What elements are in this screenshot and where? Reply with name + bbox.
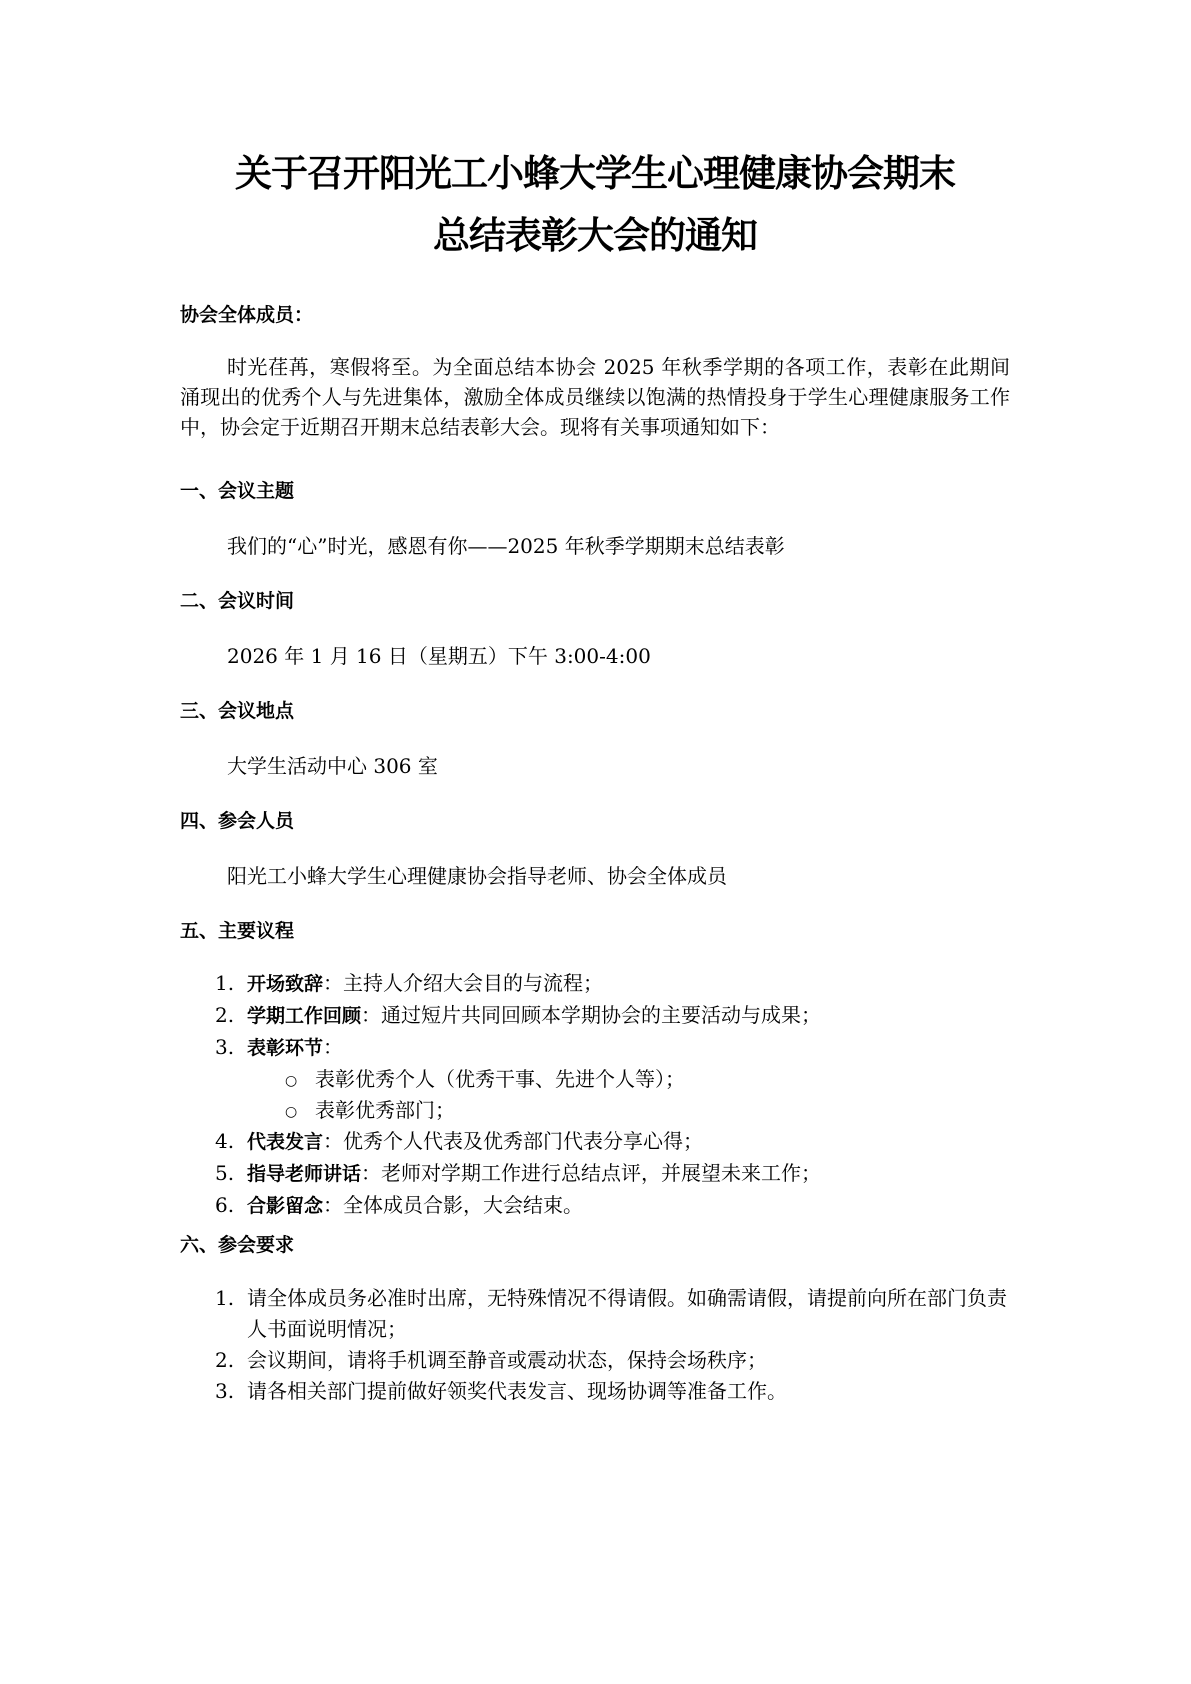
- agenda-list: 1.开场致辞：主持人介绍大会目的与流程； 2.学期工作回顾：通过短片共同回顾本学…: [180, 968, 1010, 1222]
- agenda-sublist: ○表彰优秀个人（优秀干事、先进个人等）； ○表彰优秀部门；: [247, 1064, 1010, 1126]
- section-content-location: 大学生活动中心 306 室: [227, 750, 438, 779]
- circle-bullet-icon: ○: [285, 1066, 297, 1097]
- agenda-item: 2.学期工作回顾：通过短片共同回顾本学期协会的主要活动与成果；: [180, 1000, 1010, 1032]
- agenda-item-label: 代表发言: [247, 1131, 323, 1153]
- agenda-item-label: 指导老师讲话: [247, 1163, 361, 1185]
- intro-paragraph: 时光荏苒，寒假将至。为全面总结本协会 2025 年秋季学期的各项工作，表彰在此期…: [180, 352, 1010, 442]
- section-heading-attendees: 四、参会人员: [180, 806, 294, 833]
- section-content-attendees: 阳光工小蜂大学生心理健康协会指导老师、协会全体成员: [227, 860, 727, 889]
- circle-bullet-icon: ○: [285, 1097, 297, 1128]
- section-heading-theme: 一、会议主题: [180, 476, 294, 503]
- agenda-item-label: 表彰环节: [247, 1037, 323, 1059]
- section-content-time: 2026 年 1 月 16 日（星期五）下午 3:00-4:00: [227, 640, 651, 669]
- requirements-list: 1.请全体成员务必准时出席，无特殊情况不得请假。如确需请假，请提前向所在部门负责…: [180, 1283, 1010, 1407]
- agenda-item-label: 学期工作回顾: [247, 1005, 361, 1027]
- requirement-item: 3.请各相关部门提前做好领奖代表发言、现场协调等准备工作。: [180, 1376, 1010, 1407]
- agenda-item: 4.代表发言：优秀个人代表及优秀部门代表分享心得；: [180, 1126, 1010, 1158]
- agenda-item: 1.开场致辞：主持人介绍大会目的与流程；: [180, 968, 1010, 1000]
- section-heading-requirements: 六、参会要求: [180, 1230, 294, 1257]
- agenda-item-label: 合影留念: [247, 1195, 323, 1217]
- agenda-item: 5.指导老师讲话：老师对学期工作进行总结点评，并展望未来工作；: [180, 1158, 1010, 1190]
- agenda-subitem: ○表彰优秀个人（优秀干事、先进个人等）；: [180, 1064, 1010, 1095]
- requirement-item: 1.请全体成员务必准时出席，无特殊情况不得请假。如确需请假，请提前向所在部门负责…: [180, 1283, 1010, 1345]
- section-heading-location: 三、会议地点: [180, 696, 294, 723]
- section-heading-agenda: 五、主要议程: [180, 916, 294, 943]
- salutation: 协会全体成员：: [180, 300, 313, 327]
- section-heading-time: 二、会议时间: [180, 586, 294, 613]
- agenda-subitem: ○表彰优秀部门；: [180, 1095, 1010, 1126]
- agenda-item: 3.表彰环节： ○表彰优秀个人（优秀干事、先进个人等）； ○表彰优秀部门；: [180, 1032, 1010, 1126]
- section-content-theme: 我们的“心”时光，感恩有你——2025 年秋季学期期末总结表彰: [227, 530, 785, 559]
- agenda-item: 6.合影留念：全体成员合影，大会结束。: [180, 1190, 1010, 1222]
- agenda-item-label: 开场致辞: [247, 973, 323, 995]
- document-title-line2: 总结表彰大会的通知: [180, 199, 1010, 273]
- requirement-item: 2.会议期间，请将手机调至静音或震动状态，保持会场秩序；: [180, 1345, 1010, 1376]
